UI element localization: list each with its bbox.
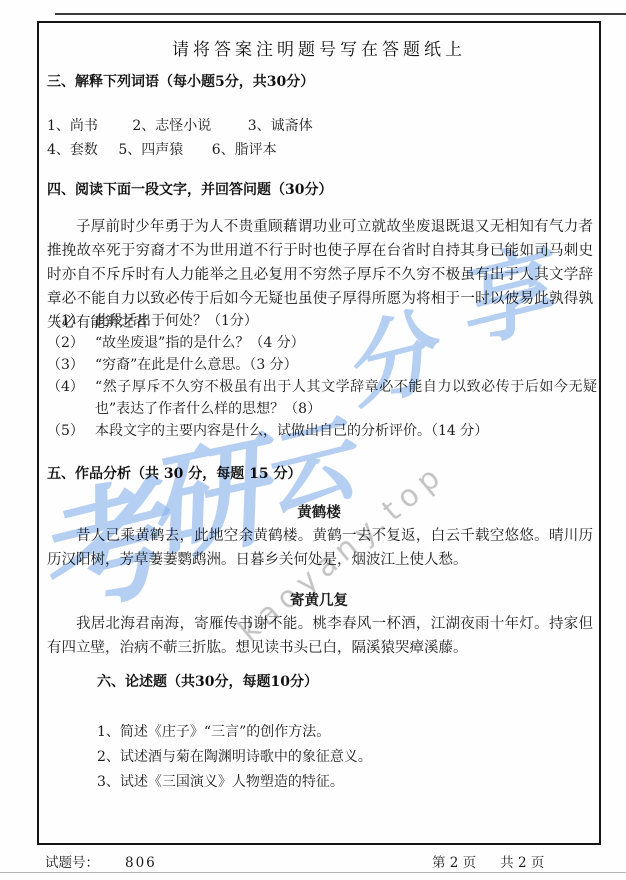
question-text: “穷裔”在此是什么意思。（3 分） [95, 354, 597, 376]
page-info-footer: 第 2 页共 2 页 [432, 851, 544, 871]
question-number: （5） [47, 420, 95, 442]
question-row: （1） 此段话出于何处？（1分） [47, 310, 597, 332]
paper-number-value: 806 [125, 855, 157, 871]
question-number: （2） [47, 332, 95, 354]
section3-terms-row1: 1、尚书 2、志怪小说 3、诚斋体 [47, 115, 313, 135]
term-item: 4、套数 [47, 139, 98, 159]
term-item: 6、脂评本 [212, 139, 277, 159]
page-total: 共 2 页 [500, 855, 544, 871]
answer-sheet-notice: 请将答案注明题号写在答题纸上 [39, 35, 599, 60]
scan-artifact-top-line [55, 13, 626, 15]
section6-heading: 六、论述题（共30分，每题10分） [97, 671, 318, 691]
question-row: （4） “然子厚斥不久穷不极虽有出于人其文学辞章必不能自力以致必传于后如今无疑也… [47, 376, 597, 420]
question-number: （3） [47, 354, 95, 376]
essay-item: 2、试述酒与菊在陶渊明诗歌中的象征意义。 [97, 745, 372, 770]
term-item: 2、志怪小说 [132, 115, 211, 135]
poem-body-huanghelou: 昔人已乘黄鹤去，此地空余黄鹤楼。黄鹤一去不复返，白云千载空悠悠。晴川历历汉阳树，… [47, 524, 593, 572]
term-item: 3、诚斋体 [248, 115, 313, 135]
term-item: 1、尚书 [47, 115, 98, 135]
section3-heading: 三、解释下列词语（每小题5分，共30分） [47, 71, 314, 91]
question-number: （4） [47, 376, 95, 420]
paper-number-label: 试题号： [45, 855, 99, 871]
poem-title-jihuangjifu: 寄黄几复 [39, 589, 599, 610]
term-item: 5、四声猿 [118, 139, 183, 159]
exam-border-frame: 请将答案注明题号写在答题纸上 三、解释下列词语（每小题5分，共30分） 1、尚书… [37, 21, 601, 845]
section5-heading: 五、作品分析（共 30 分，每题 15 分） [47, 463, 301, 483]
scan-artifact-bottom-line [0, 872, 626, 873]
poem-body-jihuangjifu: 我居北海君南海，寄雁传书谢不能。桃李春风一杯酒，江湖夜雨十年灯。持家但有四立壁，… [47, 612, 593, 660]
section3-terms-row2: 4、套数 5、四声猿 6、脂评本 [47, 139, 277, 159]
essay-item: 1、简述《庄子》“三言”的创作方法。 [97, 720, 372, 745]
question-row: （3） “穷裔”在此是什么意思。（3 分） [47, 354, 597, 376]
scanned-exam-page: { "notice": "请将答案注明题号写在答题纸上", "section3"… [0, 0, 626, 880]
question-text: 此段话出于何处？（1分） [95, 310, 597, 332]
page-current: 第 2 页 [432, 855, 476, 871]
section6-items: 1、简述《庄子》“三言”的创作方法。 2、试述酒与菊在陶渊明诗歌中的象征意义。 … [97, 720, 372, 795]
question-number: （1） [47, 310, 95, 332]
question-text: “然子厚斥不久穷不极虽有出于人其文学辞章必不能自力以致必传于后如今无疑也”表达了… [95, 376, 597, 420]
section4-questions: （1） 此段话出于何处？（1分） （2） “故坐废退”指的是什么？（4 分） （… [47, 310, 597, 442]
question-text: “故坐废退”指的是什么？（4 分） [95, 332, 597, 354]
question-row: （2） “故坐废退”指的是什么？（4 分） [47, 332, 597, 354]
question-row: （5） 本段文字的主要内容是什么，试做出自己的分析评价。（14 分） [47, 420, 597, 442]
section4-heading: 四、阅读下面一段文字，并回答问题（30分） [47, 179, 332, 199]
question-text: 本段文字的主要内容是什么，试做出自己的分析评价。（14 分） [95, 420, 597, 442]
essay-item: 3、试述《三国演义》人物塑造的特征。 [97, 770, 372, 795]
paper-number-footer: 试题号：806 [45, 851, 157, 871]
poem-title-huanghelou: 黄鹤楼 [39, 501, 599, 522]
